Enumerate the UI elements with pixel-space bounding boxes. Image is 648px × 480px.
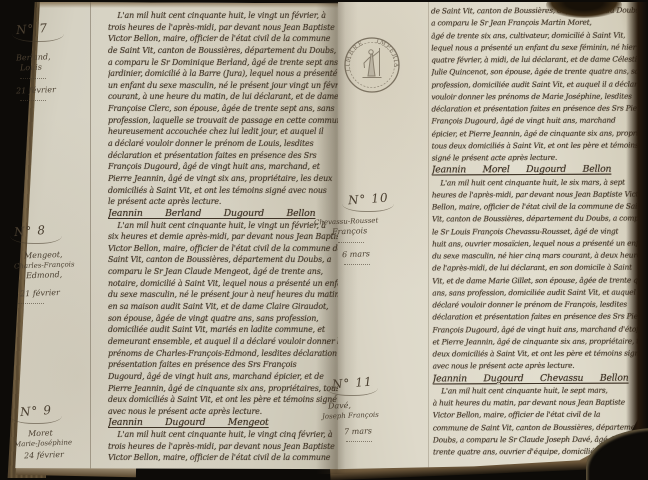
handwritten-line: Pierre Jeannin, âgé de cinquante six ans… <box>108 383 350 395</box>
act-number: N° 8 <box>14 223 47 239</box>
handwritten-line: du sexe masculin, né le présent jour à n… <box>108 289 350 301</box>
handwritten-line: vouloir donner les prénoms de Marie José… <box>431 90 637 103</box>
handwritten-line: domiciliée audit Saint Vit, mariés en la… <box>108 324 350 336</box>
act-date: 7 mars <box>344 425 422 437</box>
handwritten-line: François Dugourd, âgé de vingt huit ans,… <box>432 323 638 336</box>
handwritten-line: L'an mil huit cent cinquante huit, le se… <box>433 384 639 397</box>
act-number: N° 11 <box>332 375 373 392</box>
act-name: Edmond, <box>26 269 100 282</box>
handwritten-line: le Sr Louis François Chevassu-Rousset, â… <box>432 225 638 238</box>
handwritten-line: commune de Saint Vit, canton de Boussièr… <box>433 421 639 434</box>
handwritten-line: et Pierre Jeannin, âgé de cinquante six … <box>432 335 638 348</box>
margin-note-act-10: N° 10 Chevassu-Rousset François 6 mars <box>314 188 414 265</box>
act-name: Louis <box>20 61 102 74</box>
handwritten-line: Victor Bellon, maire, officier de l'état… <box>108 33 350 45</box>
handwritten-line: François Dugourd, âgé de vingt huit ans,… <box>108 161 350 173</box>
handwritten-line: Vit, canton de Boussières, département d… <box>432 213 638 226</box>
handwritten-line: L'an mil huit cent cinquante huit, le vi… <box>108 429 350 441</box>
handwritten-line: jardinier, domicilié à la Barre (Jura), … <box>108 68 350 80</box>
act-number: N° 10 <box>348 191 389 208</box>
act-date: 6 mars <box>342 248 414 260</box>
handwritten-line: à huit heures du matin, par devant nous … <box>433 397 639 410</box>
margin-rule-right-page <box>428 0 429 472</box>
handwritten-line: comparu le Sr Jean Claude Mengeot, âgé d… <box>108 266 350 278</box>
handwritten-line: François Dugourd, âgé de vingt huit ans,… <box>431 115 637 128</box>
revenue-stamp: TIMBRE IMPÉRIAL <box>343 36 401 94</box>
handwritten-line: a comparu le Sr Jean François Martin Mor… <box>431 17 637 30</box>
handwritten-line: L'an mil huit cent cinquante huit, le vi… <box>108 10 350 22</box>
handwritten-line: déclaré vouloir donner le prénom de Fran… <box>432 299 638 312</box>
dots-mark <box>338 238 364 243</box>
handwritten-line: demeurant ensemble, et auquel il a décla… <box>108 336 350 348</box>
act-date: 24 février <box>24 449 100 461</box>
margin-note-act-11: N° 11 Davé, Joseph François 7 mars <box>322 372 422 442</box>
handwritten-line: trois heures de l'après-midi, par devant… <box>108 22 350 34</box>
margin-note-act-8: N° 8 Mengeot, Charles-François Edmond, 2… <box>14 220 100 304</box>
top-border <box>0 0 648 2</box>
handwritten-line: déclaration et présentation faites en pr… <box>431 103 637 116</box>
right-page-text: de Saint Vit, canton de Boussières, dépa… <box>431 5 639 459</box>
handwritten-line: lequel nous a présenté un enfant du sexe… <box>431 41 637 54</box>
handwritten-line: trois heures de l'après-midi, par devant… <box>108 441 350 453</box>
handwritten-line: tous deux domiciliés à Saint Vit, et ont… <box>432 139 638 152</box>
signature-line: Jeannin Dugourd Mengeot <box>108 417 350 429</box>
handwritten-line: Dugourd, âgé de vingt huit ans, marchand… <box>108 371 350 383</box>
handwritten-line: de l'après-midi, de lui déclarant, en so… <box>432 262 638 275</box>
handwritten-line: épicier, et Pierre Jeannin, âgé de cinqu… <box>432 127 638 140</box>
handwritten-line: quatre février, à midi, de lui déclarant… <box>431 54 637 67</box>
handwritten-line: avec nous le présent acte après lecture. <box>433 360 639 373</box>
page-top-edge <box>38 2 340 8</box>
handwritten-line: son épouse, âgée de vingt quatre ans, sa… <box>108 313 350 325</box>
act-number: N° 7 <box>16 21 49 37</box>
handwritten-line: huit ans, ouvrier mosaïcien, lequel nous… <box>432 237 638 250</box>
handwritten-line: présentation faites en présence des Srs … <box>108 359 350 371</box>
handwritten-line: heureusement accouchée chez lui ledit jo… <box>108 126 350 138</box>
handwritten-line: de Saint Vit, canton de Boussières, dépa… <box>108 45 350 57</box>
handwritten-line: a comparu le Sr Dominique Berland, âgé d… <box>108 57 350 69</box>
handwritten-line: Bellon, maire, officier de l'état civil … <box>432 201 638 214</box>
handwritten-line: Pierre Jeannin, âgé de vingt six ans, pr… <box>108 173 350 185</box>
page-right-dark-edge <box>626 0 648 440</box>
dots-mark <box>346 437 372 442</box>
handwritten-line: déclaration et présentation faites en pr… <box>432 311 638 324</box>
handwritten-line: L'an mil huit cent cinquante huit, le si… <box>432 176 638 189</box>
act-date: 21 février <box>16 84 102 96</box>
signature-line: Jeannin Morel Dugourd Bellon <box>432 164 638 177</box>
handwritten-line: prénoms de Charles-François-Edmond, lesd… <box>108 348 350 360</box>
handwritten-line: Vit, et de dame Marie Gillet, son épouse… <box>432 274 638 287</box>
handwritten-line: du sexe masculin, né hier cinq mars cour… <box>432 250 638 263</box>
act-date: 21 février <box>20 287 100 299</box>
handwritten-line: signé le présent acte après lecture. <box>432 152 638 165</box>
act-name: Marie-Joséphine <box>14 437 100 450</box>
handwritten-line: profession, laquelle se trouvait de pass… <box>108 115 350 127</box>
handwritten-line: en sa maison audit Saint Vit, et de dame… <box>108 301 350 313</box>
handwritten-line: deux domiciliés à Saint Vit, et ont les … <box>108 394 350 406</box>
register-scan: L'an mil huit cent cinquante huit, le vi… <box>0 0 648 480</box>
handwritten-line: courant, à une heure du matin, de lui dé… <box>108 91 350 103</box>
signature-line: Jeannin Dugourd Chevassu Bellon <box>433 372 639 385</box>
handwritten-line: âgé de trente six ans, cultivateur, domi… <box>431 29 637 42</box>
handwritten-line: notaire, domicilié à Saint Vit, lequel n… <box>108 278 350 290</box>
handwritten-line: ans, sans profession, domiciliée audit S… <box>432 286 638 299</box>
margin-note-act-7: N° 7 Berland, Louis 21 février <box>16 18 102 101</box>
act-name: Joseph François <box>322 408 422 421</box>
handwritten-line: un enfant du sexe masculin, né le présen… <box>108 80 350 92</box>
dots-mark <box>20 74 46 79</box>
handwritten-line: avec nous le présent acte après lecture. <box>108 406 350 418</box>
dots-mark <box>344 260 370 265</box>
act-name: François <box>332 225 414 238</box>
handwritten-line: profession, domiciliée audit Saint Vit, … <box>431 78 637 91</box>
handwritten-line: Françoise Clerc, son épouse, âgée de tre… <box>108 103 350 115</box>
handwritten-line: Victor Bellon, maire, officier de l'état… <box>433 409 639 422</box>
handwritten-line: déclaration et présentation faites en pr… <box>108 150 350 162</box>
stamp-graphic: TIMBRE IMPÉRIAL <box>343 36 401 94</box>
handwritten-line: heures de l'après-midi, par devant nous … <box>432 188 638 201</box>
handwritten-line: deux domiciliés à Saint Vit, et ont les … <box>433 348 639 361</box>
handwritten-line: Julie Quincenot, son épouse, âgée de tre… <box>431 66 637 79</box>
handwritten-line: a déclaré vouloir donner le prénom de Lo… <box>108 138 350 150</box>
margin-note-act-9: N° 9 Moret Marie-Joséphine 24 février <box>14 400 100 459</box>
dots-mark <box>18 299 44 304</box>
handwritten-line: Victor Bellon, maire, officier de l'état… <box>108 452 350 464</box>
dots-mark <box>20 96 46 101</box>
act-number: N° 9 <box>20 403 53 419</box>
